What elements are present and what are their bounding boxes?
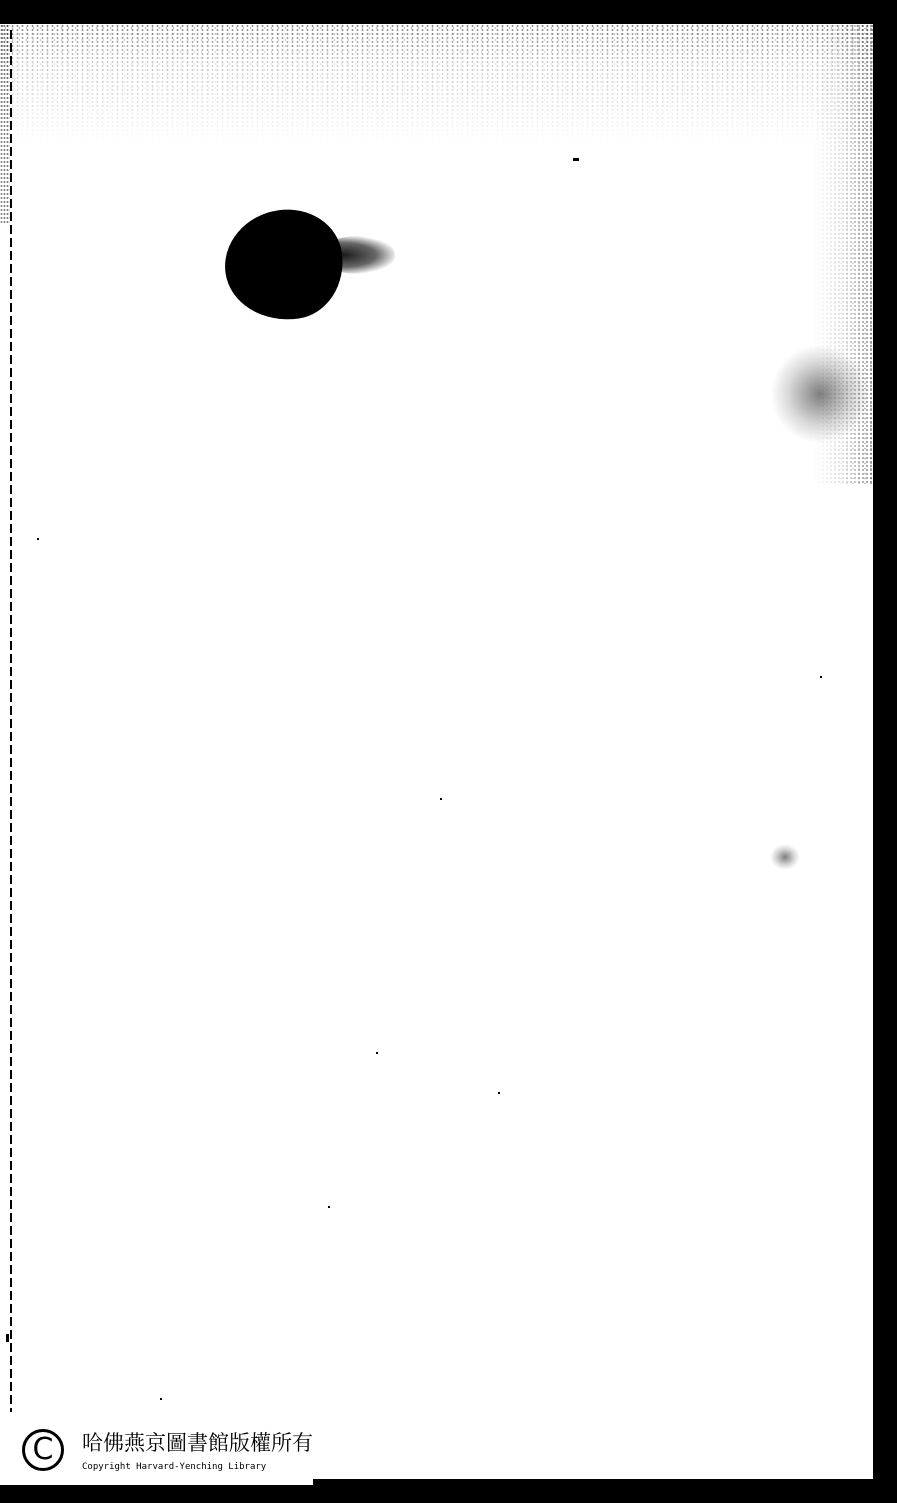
edge-noise-top bbox=[0, 24, 873, 144]
smudge-right-upper bbox=[770, 344, 870, 444]
copyright-stamp: C 哈佛燕京圖書館版權所有 Copyright Harvard-Yenching… bbox=[0, 1412, 313, 1485]
speck bbox=[376, 1052, 378, 1054]
speck bbox=[37, 538, 39, 540]
edge-noise-left bbox=[0, 24, 10, 224]
smudge-right-middle bbox=[770, 844, 800, 870]
copyright-icon: C bbox=[22, 1429, 64, 1471]
speck bbox=[573, 158, 579, 161]
copyright-english-text: Copyright Harvard-Yenching Library bbox=[82, 1462, 266, 1472]
speck bbox=[440, 798, 442, 800]
speck bbox=[6, 1334, 9, 1342]
speck bbox=[160, 1398, 162, 1400]
speck bbox=[820, 676, 822, 678]
scanned-page bbox=[0, 24, 873, 1479]
ink-stain-tail bbox=[320, 236, 395, 274]
speck bbox=[498, 1092, 500, 1094]
binding-edge-line bbox=[10, 30, 12, 1470]
copyright-chinese-text: 哈佛燕京圖書館版權所有 bbox=[82, 1427, 313, 1457]
speck bbox=[328, 1206, 330, 1208]
